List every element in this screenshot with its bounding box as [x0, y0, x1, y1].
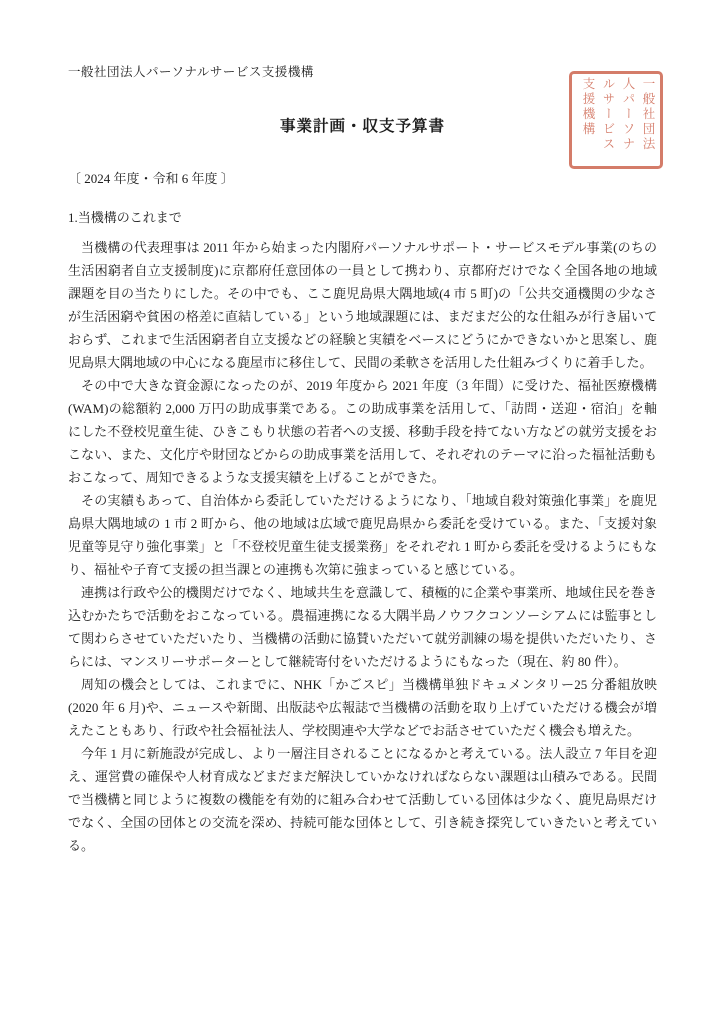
body-paragraph-2: その中で大きな資金源になったのが、2019 年度から 2021 年度（3 年間）… — [68, 374, 657, 489]
document-body: 当機構の代表理事は 2011 年から始まった内閣府パーソナルサポート・サービスモ… — [68, 236, 657, 857]
document-page: 一般社団法人パーソナルサービス支援機構 一般社団法人パーソナルサービス支援機構 … — [0, 0, 724, 1024]
section-heading: 1.当機構のこれまで — [68, 209, 657, 227]
corporate-seal-stamp: 一般社団法人パーソナルサービス支援機構 — [569, 71, 663, 169]
body-paragraph-4: 連携は行政や公的機関だけでなく、地域共生を意識して、積極的に企業や事業所、地域住… — [68, 581, 657, 673]
body-paragraph-1: 当機構の代表理事は 2011 年から始まった内閣府パーソナルサポート・サービスモ… — [68, 236, 657, 374]
fiscal-year-label: 〔 2024 年度・令和 6 年度 〕 — [68, 170, 657, 188]
body-paragraph-6: 今年 1 月に新施設が完成し、より一層注目されることになるかと考えている。法人設… — [68, 742, 657, 857]
body-paragraph-3: その実績もあって、自治体から委託していただけるようになり、「地域自殺対策強化事業… — [68, 489, 657, 581]
body-paragraph-5: 周知の機会としては、これまでに、NHK「かごスピ」当機構単独ドキュメンタリー25… — [68, 673, 657, 742]
